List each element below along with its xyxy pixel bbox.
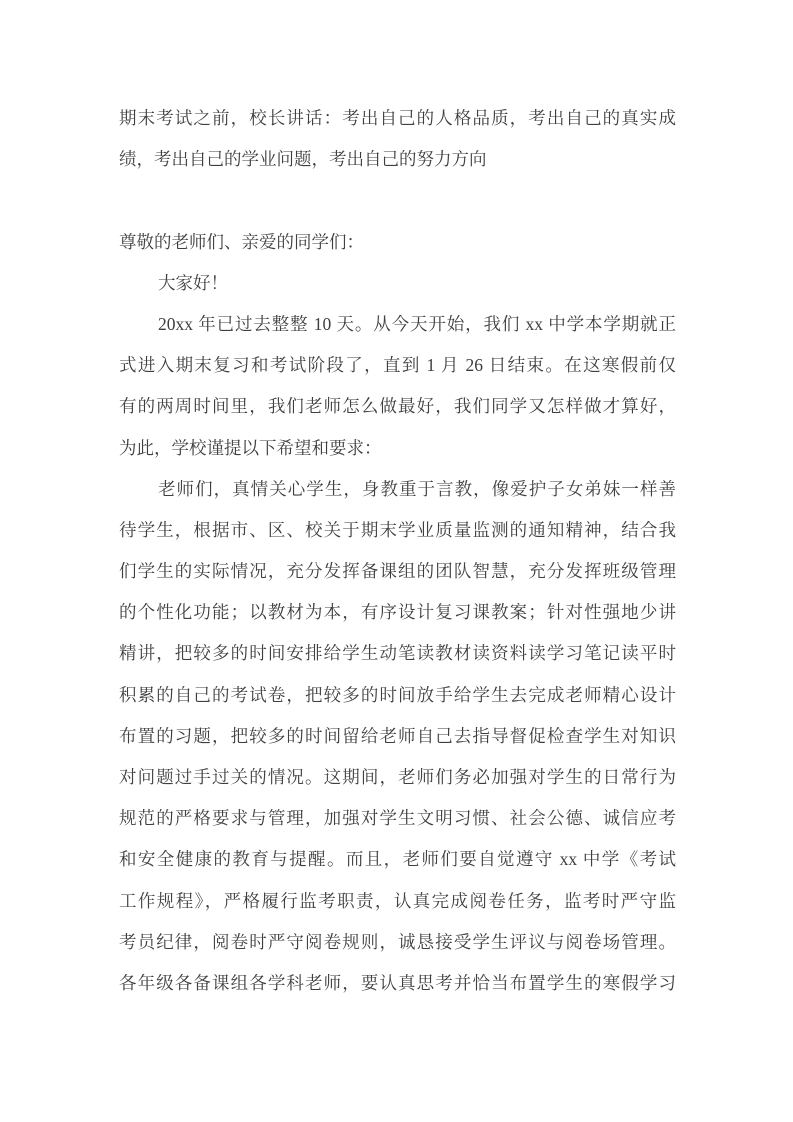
text-line: 老师们，真情关心学生，身教重于言教，像爱护子女弟妹一样善 (119, 469, 676, 510)
text-line: 对问题过手过关的情况。这期间，老师们务必加强对学生的日常行为 (119, 757, 676, 798)
text-line: 式进入期末复习和考试阶段了，直到 1 月 26 日结束。在这寒假前仅 (119, 345, 676, 386)
text-line: 工作规程》，严格履行监考职责，认真完成阅卷任务，监考时严守监 (119, 881, 676, 922)
text-line: 各年级各备课组各学科老师，要认真思考并恰当布置学生的寒假学习 (119, 963, 676, 1004)
page-background: 期末考试之前，校长讲话：考出自己的人格品质，考出自己的真实成绩，考出自己的学业问… (0, 0, 793, 1122)
text-line: 精讲，把较多的时间安排给学生动笔读教材读资料读学习笔记读平时 (119, 633, 676, 674)
text-line: 考员纪律，阅卷时严守阅卷规则，诚恳接受学生评议与阅卷场管理。 (119, 922, 676, 963)
blank-line (119, 180, 676, 221)
paragraph-greeting: 大家好！ (119, 263, 676, 304)
document-page: { "page": { "background_color": "#ffffff… (0, 0, 793, 1122)
text-line: 待学生，根据市、区、校关于期末学业质量监测的通知精神，结合我 (119, 510, 676, 551)
paragraph-spacer (119, 180, 676, 221)
text-line: 的个性化功能；以教材为本，有序设计复习课教案；针对性强地少讲 (119, 592, 676, 633)
text-line: 布置的习题，把较多的时间留给老师自己去指导督促检查学生对知识 (119, 716, 676, 757)
paragraph-intro: 20xx 年已过去整整 10 天。从今天开始，我们 xx 中学本学期就正式进入期… (119, 304, 676, 469)
paragraph-title: 期末考试之前，校长讲话：考出自己的人格品质，考出自己的真实成绩，考出自己的学业问… (119, 98, 676, 180)
text-line: 大家好！ (119, 263, 676, 304)
text-line: 积累的自己的考试卷，把较多的时间放手给学生去完成老师精心设计 (119, 675, 676, 716)
text-line: 尊敬的老师们、亲爱的同学们： (119, 222, 676, 263)
document-content: 期末考试之前，校长讲话：考出自己的人格品质，考出自己的真实成绩，考出自己的学业问… (119, 98, 676, 1004)
paragraph-salutation: 尊敬的老师们、亲爱的同学们： (119, 222, 676, 263)
text-line: 规范的严格要求与管理，加强对学生文明习惯、社会公德、诚信应考 (119, 798, 676, 839)
text-line: 和安全健康的教育与提醒。而且，老师们要自觉遵守 xx 中学《考试 (119, 839, 676, 880)
text-line: 有的两周时间里，我们老师怎么做最好，我们同学又怎样做才算好， (119, 386, 676, 427)
text-line: 20xx 年已过去整整 10 天。从今天开始，我们 xx 中学本学期就正 (119, 304, 676, 345)
text-line: 为此，学校谨提以下希望和要求： (119, 428, 676, 469)
text-line: 绩，考出自己的学业问题，考出自己的努力方向 (119, 139, 676, 180)
text-line: 期末考试之前，校长讲话：考出自己的人格品质，考出自己的真实成 (119, 98, 676, 139)
paragraph-teacher-requirements: 老师们，真情关心学生，身教重于言教，像爱护子女弟妹一样善待学生，根据市、区、校关… (119, 469, 676, 1004)
text-line: 们学生的实际情况，充分发挥备课组的团队智慧，充分发挥班级管理 (119, 551, 676, 592)
